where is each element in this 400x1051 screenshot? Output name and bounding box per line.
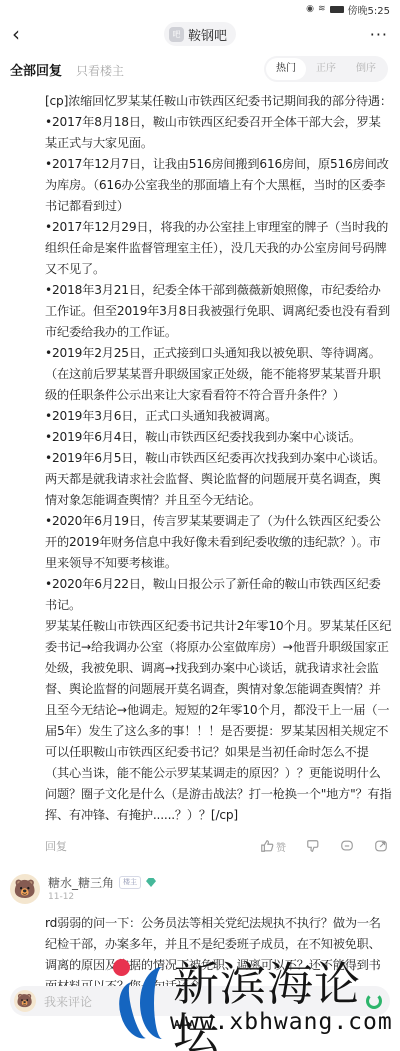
sort-ascending[interactable]: 正序 [306,58,346,80]
like-button[interactable]: 赞 [260,839,286,854]
tab-owner-only[interactable]: 只看楼主 [76,62,124,79]
post-content: [cp]浓缩回忆罗某某任鞍山市铁西区纪委书记期间我的部分待遇： •2017年8月… [0,88,400,826]
post-paragraph: •2019年6月4日，鞍山市铁西区纪委找我到办案中心谈话。 [45,427,392,448]
post-paragraph: •2019年2月25日，正式接到口头通知我以被免职、等待调离。（在这前后罗某某晋… [45,343,392,406]
share-button[interactable] [374,839,388,853]
wifi-icon: ≋ [318,4,326,14]
comment-header: 🐻 糖水_糖三角 楼主 11-12 [10,874,392,904]
post-paragraph: •2017年12月7日，让我由516房间搬到616房间，原516房间改为库房。（… [45,154,392,217]
thumbs-up-icon [260,839,274,853]
forum-chip[interactable]: 吧 鞍钢吧 [164,22,236,46]
post-actions: 回复 赞 [0,826,400,860]
post-paragraph: •2019年3月6日，正式口头通知我被调离。 [45,406,392,427]
sort-hot[interactable]: 热门 [266,58,306,80]
comment-date: 11-12 [48,892,156,902]
status-time: 傍晚5:25 [348,2,390,17]
reply-button[interactable]: 回复 [45,838,67,854]
dislike-button[interactable] [306,839,320,853]
post-paragraph: 罗某某任鞍山市铁西区纪委书记共计2年零10个月。罗某某任区纪委书记→给我调办公室… [45,616,392,826]
comment-meta: 糖水_糖三角 楼主 11-12 [48,874,156,902]
post-paragraph: •2019年6月5日，鞍山市铁西区纪委再次找我到办案中心谈话。两天都是就我请求社… [45,448,392,511]
more-options-icon[interactable]: ··· [370,25,388,44]
filter-bar: 全部回复 只看楼主 热门 正序 倒序 [0,50,400,88]
post-paragraph: [cp]浓缩回忆罗某某任鞍山市铁西区纪委书记期间我的部分待遇： [45,91,392,112]
gem-icon [146,878,156,887]
bottom-comment-bar: 🐻 我来评论 [0,983,400,1019]
action-icons: 赞 [260,839,388,854]
post-paragraph: •2020年6月22日，鞍山日报公示了新任命的鞍山市铁西区纪委书记。 [45,574,392,616]
nav-bar: ‹ 吧 鞍钢吧 ··· [0,18,400,50]
comment-button[interactable] [340,839,354,853]
comment-placeholder: 我来评论 [44,993,92,1010]
post-paragraph: •2017年8月18日，鞍山市铁西区纪委召开全体干部大会，罗某某正式与大家见面。 [45,112,392,154]
sort-segmented-control: 热门 正序 倒序 [264,56,388,82]
forum-name: 鞍钢吧 [188,25,227,44]
forum-logo-icon: 吧 [169,27,184,42]
username[interactable]: 糖水_糖三角 [48,874,114,891]
reply-filter-tabs: 全部回复 只看楼主 [10,60,124,79]
name-row: 糖水_糖三角 楼主 [48,874,156,891]
like-label: 赞 [276,839,286,854]
comment-icon [340,839,354,853]
battery-icon [330,6,344,13]
post-paragraph: •2017年12月29日，将我的办公室挂上审理室的牌子（当时我的组织任命是案件监… [45,217,392,280]
tab-all-replies[interactable]: 全部回复 [10,60,62,79]
share-icon [374,839,388,853]
status-bar: ◉ ≋ 傍晚5:25 [0,0,400,18]
refresh-icon[interactable] [366,993,382,1009]
sort-descending[interactable]: 倒序 [346,58,386,80]
owner-badge: 楼主 [119,876,141,889]
comment-item: 🐻 糖水_糖三角 楼主 11-12 rd弱弱的问一下：公务员法等相关党纪法规执不… [0,860,400,997]
thumbs-down-icon [306,839,320,853]
post-paragraph: •2018年3月21日，纪委全体干部到薇薇新娘照像，市纪委给办工作证。但至201… [45,280,392,343]
post-paragraph: •2020年6月19日，传言罗某某要调走了（为什么铁西区纪委公开的2019年财务… [45,511,392,574]
comment-input[interactable]: 🐻 我来评论 [10,986,390,1016]
eye-comfort-icon: ◉ [306,4,314,14]
avatar[interactable]: 🐻 [10,874,40,904]
user-avatar: 🐻 [14,990,36,1012]
back-icon[interactable]: ‹ [12,24,36,44]
